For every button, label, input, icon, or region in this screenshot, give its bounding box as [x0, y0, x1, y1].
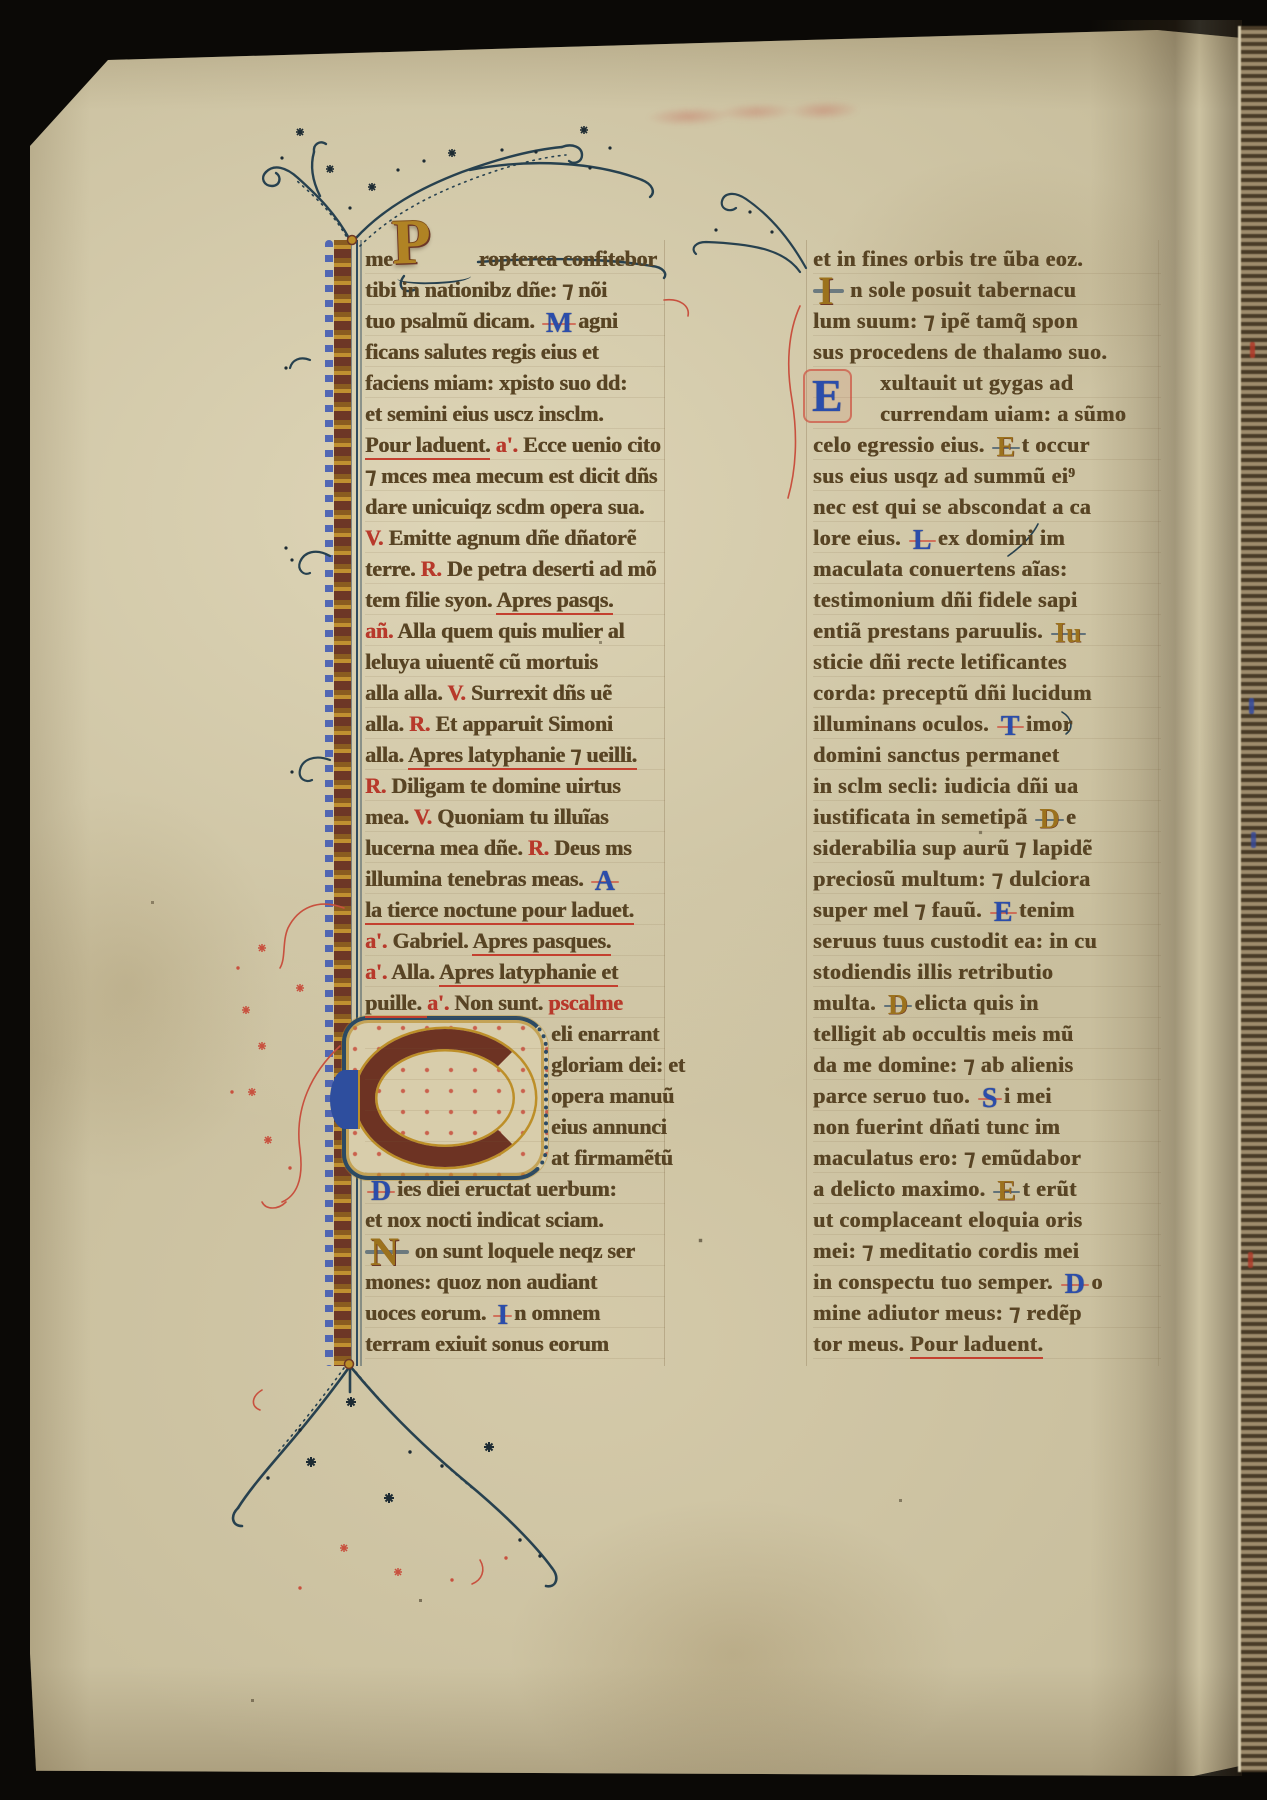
body-text: Diligam te domine uirtus	[391, 773, 620, 798]
text-line: ut complaceant eloquia oris	[813, 1204, 1161, 1235]
body-text: alla.	[365, 742, 408, 767]
body-text: in conspectu tuo semper.	[813, 1269, 1059, 1294]
body-text: Emitte agnum dñe dñatorẽ	[388, 525, 636, 550]
body-text: mei: ⁊ meditatio cordis mei	[813, 1238, 1079, 1263]
body-text: Ecce uenio cito	[523, 432, 661, 457]
body-text: tuo psalmũ dicam.	[365, 308, 540, 333]
body-text: terram exiuit sonus eorum	[365, 1331, 609, 1356]
text-line: puille. a'. Non sunt. pscalme	[365, 987, 665, 1018]
body-text: opera manuũ	[551, 1083, 674, 1108]
text-line: in sclm secli: iudicia dñi ua	[813, 770, 1161, 801]
body-text: a delicto maximo.	[813, 1176, 991, 1201]
versal-initial: T	[997, 726, 1024, 728]
text-line: entiã prestans paruulis. Iu	[813, 615, 1161, 646]
rubric-text: a'.	[365, 959, 391, 984]
text-line: currendam uiam: a sũmo	[813, 398, 1161, 429]
text-line: lucerna mea dñe. R. Deus ms	[365, 832, 665, 863]
underlined-heading: puille.	[365, 990, 427, 1018]
body-text: entiã prestans paruulis.	[813, 618, 1049, 643]
body-text: celo egressio eius.	[813, 432, 990, 457]
adjacent-page-red-initial	[1250, 342, 1255, 358]
underlined-heading: Apres pasques.	[472, 928, 611, 956]
body-text: ut complaceant eloquia oris	[813, 1207, 1082, 1232]
text-line: seruus tuus custodit ea: in cu	[813, 925, 1161, 956]
text-line: preciosũ multum: ⁊ dulciora	[813, 863, 1161, 894]
underlined-heading: Pour laduent.	[910, 1331, 1043, 1359]
text-line: sticie dñi recte letificantes	[813, 646, 1161, 677]
body-text: elicta quis in	[914, 990, 1038, 1015]
body-text: telligit ab occultis meis mũ	[813, 1021, 1074, 1046]
text-line: iustificata in semetipã De	[813, 801, 1161, 832]
body-text: alla alla.	[365, 680, 447, 705]
text-line: tuo psalmũ dicam. Magni	[365, 305, 665, 336]
body-text: Quoniam tu illuĩas	[437, 804, 608, 829]
text-line: eli enarrant	[365, 1018, 665, 1049]
body-text: Non sunt.	[454, 990, 548, 1015]
body-text: preciosũ multum: ⁊ dulciora	[813, 866, 1090, 891]
versal-initial: I	[493, 1315, 512, 1317]
text-line: lum suum: ⁊ ipẽ tamq̃ spon	[813, 305, 1161, 336]
body-text: multa.	[813, 990, 882, 1015]
versal-initial: D	[1061, 1284, 1090, 1286]
body-text: ⁊ mces mea mecum est dicit dñs	[365, 463, 657, 488]
text-line: corda: preceptũ dñi lucidum	[813, 677, 1161, 708]
text-line: tibi in nationibz dñe: ⁊ nõi	[365, 274, 665, 305]
body-text: tor meus.	[813, 1331, 910, 1356]
body-text: me	[365, 246, 393, 271]
parchment-specks	[0, 0, 1, 1]
text-line: ⁊ mces mea mecum est dicit dñs	[365, 460, 665, 491]
body-text: stodiendis illis retributio	[813, 959, 1053, 984]
body-text: sus eius usqz ad summũ ei⁹	[813, 463, 1075, 488]
body-text: seruus tuus custodit ea: in cu	[813, 928, 1097, 953]
rubric-text: R.	[528, 835, 554, 860]
text-line: la tierce noctune pour laduet.	[365, 894, 665, 925]
text-line: eius annunci	[365, 1111, 665, 1142]
faded-red-inscription	[645, 86, 858, 137]
rubric-text: V.	[414, 804, 437, 829]
body-text: mine adiutor meus: ⁊ redẽp	[813, 1300, 1082, 1325]
text-line: da me domine: ⁊ ab alienis	[813, 1049, 1161, 1080]
body-text: siderabilia sup aurũ ⁊ lapidẽ	[813, 835, 1092, 860]
text-line: R. Diligam te domine uirtus	[365, 770, 665, 801]
rubric-text: añ.	[365, 618, 397, 643]
text-line: V. Emitte agnum dñe dñatorẽ	[365, 522, 665, 553]
body-text: maculatus ero: ⁊ emũdabor	[813, 1145, 1081, 1170]
versal-initial: A	[591, 881, 619, 883]
body-text: ex domini im	[938, 525, 1065, 550]
body-text: maculata conuertens aĩas:	[813, 556, 1067, 581]
rubric-text: R.	[421, 556, 447, 581]
text-line: mea. V. Quoniam tu illuĩas	[365, 801, 665, 832]
rubric-text: V.	[447, 680, 470, 705]
body-text: eli enarrant	[551, 1021, 659, 1046]
body-text: t occur	[1022, 432, 1090, 457]
versal-initial: E	[993, 1191, 1020, 1193]
rubric-text: R.	[365, 773, 391, 798]
text-line: opera manuũ	[365, 1080, 665, 1111]
text-line: a'. Gabriel. Apres pasques.	[365, 925, 665, 956]
text-line: illumina tenebras meas. A	[365, 863, 665, 894]
body-text: alla.	[365, 711, 409, 736]
body-text: tenim	[1019, 897, 1075, 922]
body-text: faciens miam: xpisto suo dd:	[365, 370, 627, 395]
body-text: in sclm secli: iudicia dñi ua	[813, 773, 1078, 798]
body-text: e	[1066, 804, 1076, 829]
text-line: mones: quoz non audiant	[365, 1266, 665, 1297]
text-line: gloriam dei: et	[365, 1049, 665, 1080]
body-text: ies diei eructat uerbum:	[397, 1176, 616, 1201]
text-line: tem filie syon. Apres pasqs.	[365, 584, 665, 615]
text-line: et in fines orbis tre ũba eoz.	[813, 243, 1161, 274]
versal-initial: S	[978, 1098, 1002, 1100]
body-text: non fuerint dñati tunc im	[813, 1114, 1060, 1139]
body-text: tem filie syon.	[365, 587, 496, 612]
body-text: Alla quem quis mulier al	[397, 618, 624, 643]
text-line: et nox nocti indicat sciam.	[365, 1204, 665, 1235]
text-line: mine adiutor meus: ⁊ redẽp	[813, 1297, 1161, 1328]
text-column-right: et in fines orbis tre ũba eoz.In sole po…	[813, 243, 1161, 1359]
text-line: illuminans oculos. Timor	[813, 708, 1161, 739]
text-line: multa. Delicta quis in	[813, 987, 1161, 1018]
body-text: dare unicuiqz scdm opera sua.	[365, 494, 644, 519]
body-text: sticie dñi recte letificantes	[813, 649, 1067, 674]
body-text: agni	[578, 308, 618, 333]
text-line: alla. Apres latyphanie ⁊ ueilli.	[365, 739, 665, 770]
body-text: Surrexit dñs uẽ	[471, 680, 612, 705]
body-text: n omnem	[514, 1300, 600, 1325]
text-line: celo egressio eius. Et occur	[813, 429, 1161, 460]
body-text: currendam uiam: a sũmo	[880, 401, 1126, 426]
versal-initial: N	[365, 1250, 409, 1254]
text-line: añ. Alla quem quis mulier al	[365, 615, 665, 646]
text-line: in conspectu tuo semper. Do	[813, 1266, 1161, 1297]
underlined-heading: la tierce noctune pour laduet.	[365, 897, 634, 925]
text-line: meropterea confitebor	[365, 243, 665, 274]
rubric-text: a'.	[365, 928, 392, 953]
versal-initial: M	[542, 323, 576, 325]
text-line: a'. Alla. Apres latyphanie et	[365, 956, 665, 987]
text-line: uoces eorum. In omnem	[365, 1297, 665, 1328]
body-text: on sunt loquele neqz ser	[415, 1238, 635, 1263]
versal-initial: D	[367, 1191, 395, 1193]
body-text: testimonium dñi fidele sapi	[813, 587, 1077, 612]
body-text: domini sanctus permanet	[813, 742, 1059, 767]
body-text: et semini eius uscz insclm.	[365, 401, 603, 426]
text-line: Dies diei eructat uerbum:	[365, 1173, 665, 1204]
body-text: Gabriel.	[392, 928, 472, 953]
versal-initial: D	[884, 1005, 913, 1007]
body-text: lore eius.	[813, 525, 907, 550]
rubric-text: pscalme	[548, 990, 622, 1015]
text-line: maculatus ero: ⁊ emũdabor	[813, 1142, 1161, 1173]
text-line: stodiendis illis retributio	[813, 956, 1161, 987]
text-line: sus procedens de thalamo suo.	[813, 336, 1161, 367]
body-text: nec est qui se abscondat a ca	[813, 494, 1091, 519]
text-line: dare unicuiqz scdm opera sua.	[365, 491, 665, 522]
body-text: et nox nocti indicat sciam.	[365, 1207, 603, 1232]
text-line: alla. R. Et apparuit Simoni	[365, 708, 665, 739]
adjacent-page-blue-initial	[1249, 698, 1254, 714]
text-line: Non sunt loquele neqz ser	[365, 1235, 665, 1266]
text-line: nec est qui se abscondat a ca	[813, 491, 1161, 522]
rubric-text: V.	[365, 525, 388, 550]
body-text: terre.	[365, 556, 421, 581]
text-line: telligit ab occultis meis mũ	[813, 1018, 1161, 1049]
text-line: ficans salutes regis eius et	[365, 336, 665, 367]
text-line: alla alla. V. Surrexit dñs uẽ	[365, 677, 665, 708]
versal-initial: E	[992, 447, 1019, 449]
text-line: mei: ⁊ meditatio cordis mei	[813, 1235, 1161, 1266]
body-text: et in fines orbis tre ũba eoz.	[813, 246, 1083, 271]
text-line: at firmamẽtũ	[365, 1142, 665, 1173]
manuscript-photo: P C meropterea confitebortibi in nationi…	[0, 0, 1267, 1800]
body-text: t erũt	[1022, 1176, 1076, 1201]
text-line: siderabilia sup aurũ ⁊ lapidẽ	[813, 832, 1161, 863]
text-line: Pour laduent. a'. Ecce uenio cito	[365, 429, 665, 460]
body-text: leluya uiuentẽ cũ mortuis	[365, 649, 598, 674]
body-text: da me domine: ⁊ ab alienis	[813, 1052, 1073, 1077]
text-line: a delicto maximo. Et erũt	[813, 1173, 1161, 1204]
text-line: et semini eius uscz insclm.	[365, 398, 665, 429]
body-text: mones: quoz non audiant	[365, 1269, 597, 1294]
body-text: illuminans oculos.	[813, 711, 995, 736]
text-line: sus eius usqz ad summũ ei⁹	[813, 460, 1161, 491]
body-text: corda: preceptũ dñi lucidum	[813, 680, 1092, 705]
body-text: tibi in nationibz dñe: ⁊ nõi	[365, 277, 607, 302]
body-text: sus procedens de thalamo suo.	[813, 339, 1107, 364]
text-line: terram exiuit sonus eorum	[365, 1328, 665, 1359]
versal-initial: I	[813, 289, 844, 293]
underlined-heading: Apres latyphanie ⁊ ueilli.	[408, 742, 637, 770]
body-text: gloriam dei: et	[551, 1052, 685, 1077]
text-line: Exultauit ut gygas ad	[813, 367, 1161, 398]
text-line: super mel ⁊ fauũ. Etenim	[813, 894, 1161, 925]
body-text: ropterea confitebor	[479, 246, 657, 271]
text-line: leluya uiuentẽ cũ mortuis	[365, 646, 665, 677]
text-line: terre. R. De petra deserti ad mõ	[365, 553, 665, 584]
underlined-heading: Apres latyphanie et	[439, 959, 618, 987]
body-text: lucerna mea dñe.	[365, 835, 528, 860]
body-text: uoces eorum.	[365, 1300, 491, 1325]
body-text: iustificata in semetipã	[813, 804, 1033, 829]
text-column-left: meropterea confitebortibi in nationibz d…	[365, 243, 665, 1359]
body-text: at firmamẽtũ	[551, 1145, 673, 1170]
body-text: super mel ⁊ fauũ.	[813, 897, 988, 922]
versal-initial: L	[909, 540, 936, 542]
text-line: non fuerint dñati tunc im	[813, 1111, 1161, 1142]
rubric-text: R.	[409, 711, 435, 736]
body-text: Deus ms	[554, 835, 631, 860]
illuminated-bar-border	[334, 240, 351, 1366]
adjacent-page-blue-initial	[1251, 832, 1256, 848]
body-text: n sole posuit tabernacu	[850, 277, 1076, 302]
underlined-heading: Apres pasqs.	[496, 587, 613, 615]
body-text: lum suum: ⁊ ipẽ tamq̃ spon	[813, 308, 1078, 333]
text-line: In sole posuit tabernacu	[813, 274, 1161, 305]
text-line: lore eius. Lex domini im	[813, 522, 1161, 553]
text-line: faciens miam: xpisto suo dd:	[365, 367, 665, 398]
body-text: illumina tenebras meas.	[365, 866, 589, 891]
versal-initial: E	[990, 912, 1017, 914]
body-text: Et apparuit Simoni	[435, 711, 612, 736]
text-line: domini sanctus permanet	[813, 739, 1161, 770]
body-text: parce seruo tuo.	[813, 1083, 976, 1108]
body-text: o	[1091, 1269, 1102, 1294]
text-line: testimonium dñi fidele sapi	[813, 584, 1161, 615]
body-text: Alla.	[391, 959, 439, 984]
text-line: parce seruo tuo. Si mei	[813, 1080, 1161, 1111]
text-line: tor meus. Pour laduent.	[813, 1328, 1161, 1359]
underlined-heading: Pour laduent.	[365, 432, 490, 460]
body-text: imor	[1026, 711, 1073, 736]
adjacent-page-red-initial	[1248, 1252, 1253, 1268]
body-text: xultauit ut gygas ad	[880, 370, 1073, 395]
body-text: eius annunci	[551, 1114, 667, 1139]
body-text: ficans salutes regis eius et	[365, 339, 599, 364]
body-text: i mei	[1004, 1083, 1052, 1108]
body-text: mea.	[365, 804, 414, 829]
adjacent-page-edge	[1238, 26, 1267, 1772]
text-line: maculata conuertens aĩas:	[813, 553, 1161, 584]
rubric-text: a'.	[490, 432, 523, 457]
versal-initial: D	[1035, 819, 1064, 821]
body-text: De petra deserti ad mõ	[447, 556, 656, 581]
versal-initial: Iu	[1051, 633, 1086, 635]
rubric-text: a'.	[427, 990, 454, 1015]
